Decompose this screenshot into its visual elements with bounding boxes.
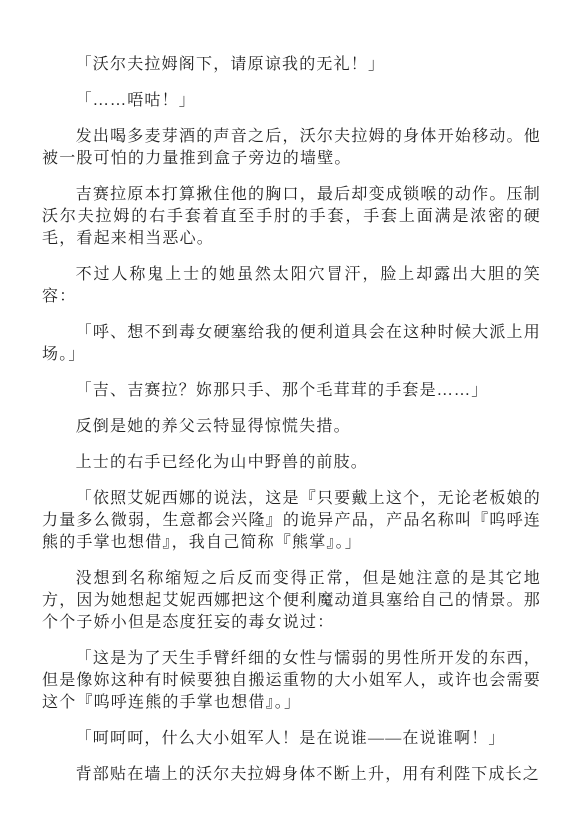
paragraph: 「吉、吉赛拉？妳那只手、那个毛茸茸的手套是……」: [42, 380, 541, 402]
paragraph: 上士的右手已经化为山中野兽的前肢。: [42, 452, 541, 474]
paragraph: 吉赛拉原本打算揪住他的胸口，最后却变成锁喉的动作。压制沃尔夫拉姆的右手套着直至手…: [42, 184, 541, 250]
paragraph: 「呼、想不到毒女硬塞给我的便利道具会在这种时候大派上用场。」: [42, 322, 541, 366]
paragraph: 反倒是她的养父云特显得惊慌失措。: [42, 416, 541, 438]
paragraph: 「……唔咕！」: [42, 90, 541, 112]
paragraph: 背部贴在墙上的沃尔夫拉姆身体不断上升，用有利陛下成长之: [42, 764, 541, 786]
paragraph: 「沃尔夫拉姆阁下，请原谅我的无礼！」: [42, 54, 541, 76]
paragraph: 没想到名称缩短之后反而变得正常，但是她注意的是其它地方，因为她想起艾妮西娜把这个…: [42, 568, 541, 634]
paragraph: 「依照艾妮西娜的说法，这是『只要戴上这个，无论老板娘的力量多么微弱，生意都会兴隆…: [42, 488, 541, 554]
paragraph: 发出喝多麦芽酒的声音之后，沃尔夫拉姆的身体开始移动。他被一股可怕的力量推到盒子旁…: [42, 126, 541, 170]
paragraph: 「这是为了天生手臂纤细的女性与懦弱的男性所开发的东西，但是像妳这种有时候要独自搬…: [42, 648, 541, 714]
paragraph: 不过人称鬼上士的她虽然太阳穴冒汗，脸上却露出大胆的笑容：: [42, 264, 541, 308]
novel-page: 「沃尔夫拉姆阁下，请原谅我的无礼！」 「……唔咕！」 发出喝多麦芽酒的声音之后，…: [0, 0, 583, 828]
paragraph: 「呵呵呵，什么大小姐军人！是在说谁——在说谁啊！」: [42, 728, 541, 750]
